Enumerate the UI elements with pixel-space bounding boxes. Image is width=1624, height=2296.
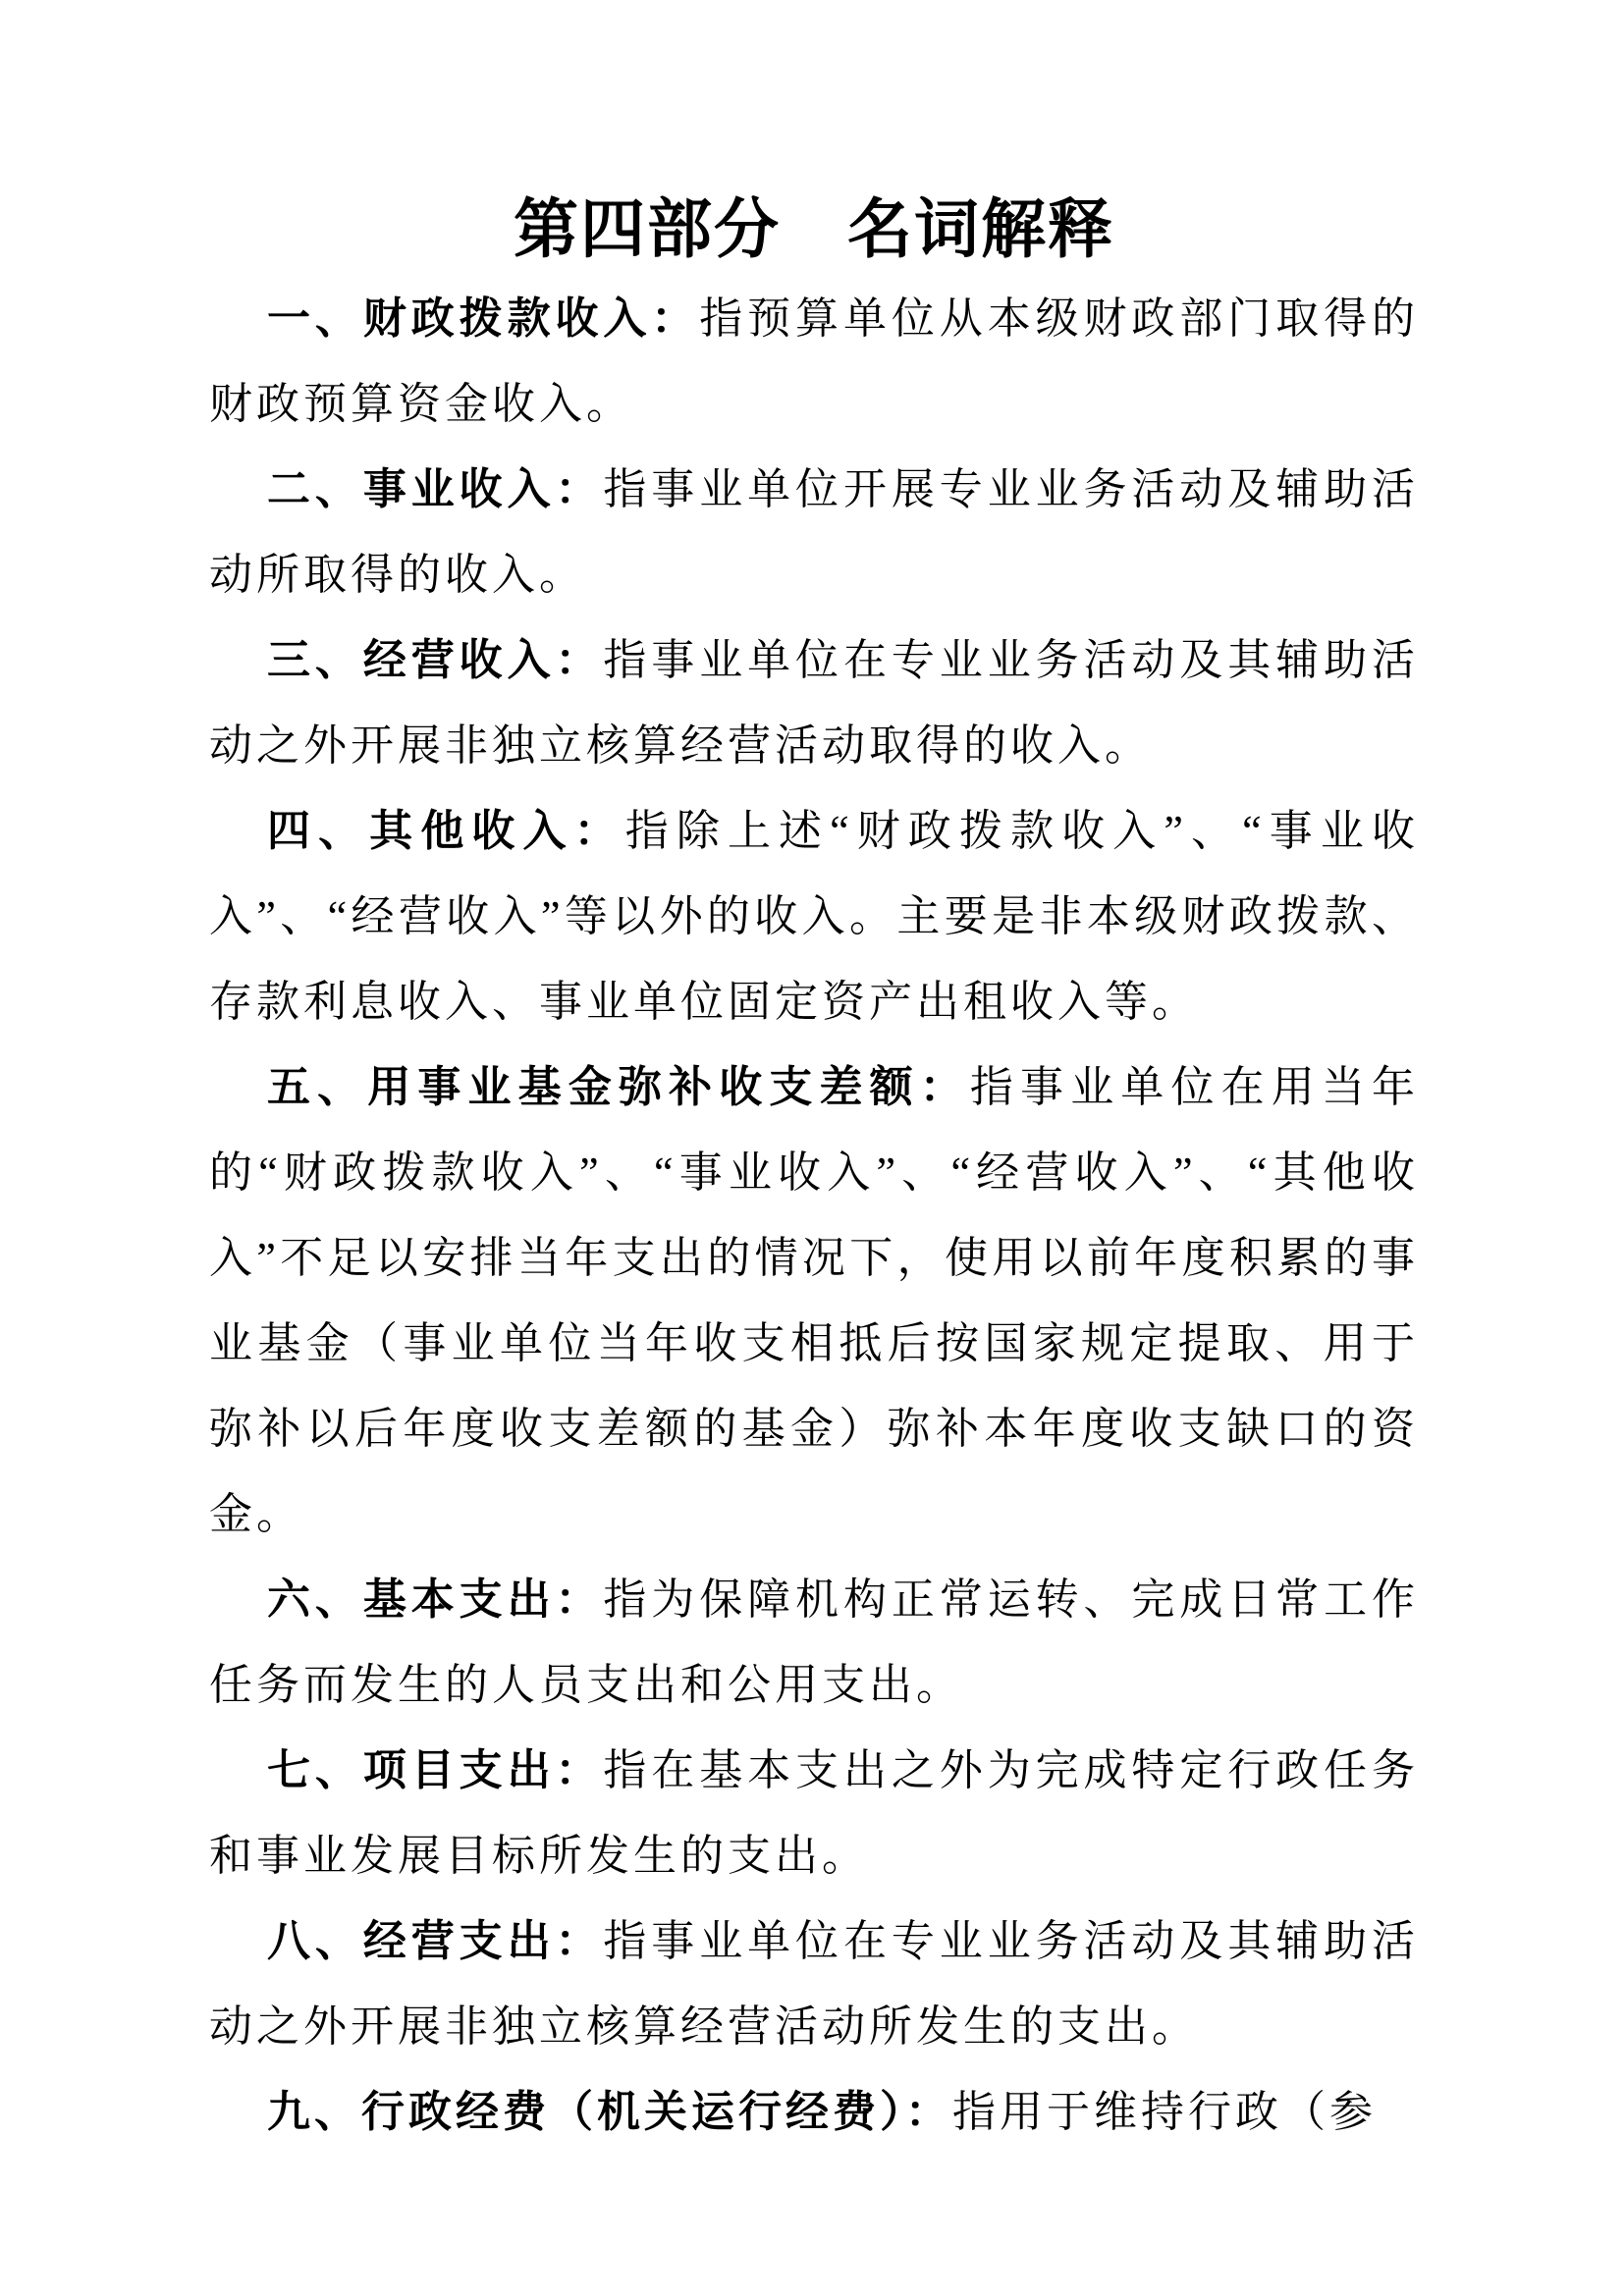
term-label: 三、经营收入： — [267, 636, 603, 684]
definition-text: 指事业单位在用当年的“财政拨款收入”、“事业收入”、“经营收入”、“其他收入”不… — [209, 1063, 1419, 1538]
term-label: 一、财政拨款收入： — [267, 294, 699, 343]
glossary-paragraph: 七、项目支出：指在基本支出之外为完成特定行政任务和事业发展目标所发生的支出。 — [209, 1728, 1419, 1898]
term-label: 五、用事业基金弥补收支差额： — [267, 1063, 970, 1111]
term-label: 九、行政经费（机关运行经费）： — [267, 2088, 952, 2136]
glossary-paragraph: 九、行政经费（机关运行经费）：指用于维持行政（参 — [209, 2069, 1419, 2155]
glossary-paragraph: 三、经营收入：指事业单位在专业业务活动及其辅助活动之外开展非独立核算经营活动取得… — [209, 617, 1419, 788]
term-label: 六、基本支出： — [267, 1575, 603, 1624]
term-label: 八、经营支出： — [267, 1917, 603, 1965]
glossary-paragraph: 五、用事业基金弥补收支差额：指事业单位在用当年的“财政拨款收入”、“事业收入”、… — [209, 1044, 1419, 1557]
document-page: 第四部分 名词解释 一、财政拨款收入：指预算单位从本级财政部门取得的财政预算资金… — [0, 0, 1624, 2296]
glossary-paragraph: 八、经营支出：指事业单位在专业业务活动及其辅助活动之外开展非独立核算经营活动所发… — [209, 1898, 1419, 2069]
definition-text: 指用于维持行政（参 — [952, 2088, 1377, 2136]
term-label: 七、项目支出： — [267, 1746, 603, 1794]
glossary-paragraph: 四、其他收入：指除上述“财政拨款收入”、“事业收入”、“经营收入”等以外的收入。… — [209, 788, 1419, 1044]
glossary-paragraph: 二、事业收入：指事业单位开展专业业务活动及辅助活动所取得的收入。 — [209, 447, 1419, 617]
page-title: 第四部分 名词解释 — [209, 196, 1419, 261]
glossary-body: 一、财政拨款收入：指预算单位从本级财政部门取得的财政预算资金收入。 二、事业收入… — [209, 276, 1419, 2155]
term-label: 二、事业收入： — [267, 465, 603, 513]
glossary-paragraph: 六、基本支出：指为保障机构正常运转、完成日常工作任务而发生的人员支出和公用支出。 — [209, 1557, 1419, 1728]
term-label: 四、其他收入： — [267, 807, 625, 855]
glossary-paragraph: 一、财政拨款收入：指预算单位从本级财政部门取得的财政预算资金收入。 — [209, 276, 1419, 447]
